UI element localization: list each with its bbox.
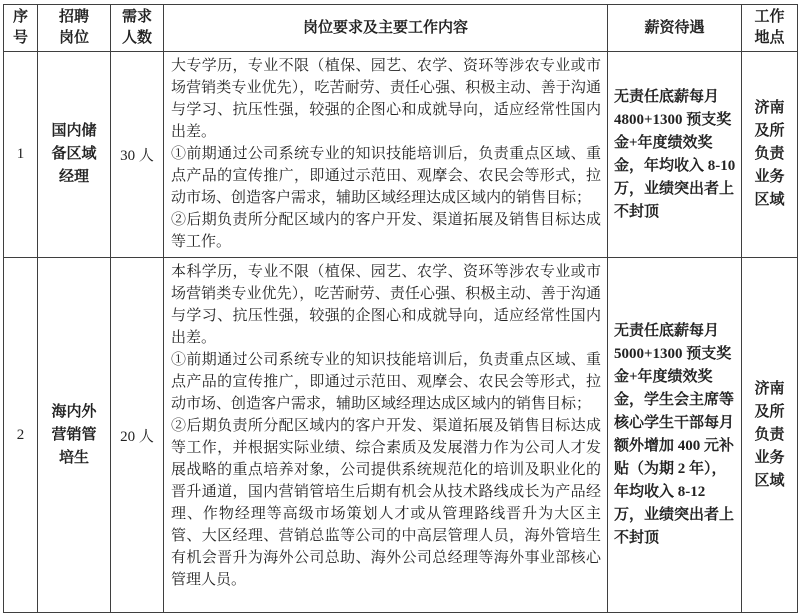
requirements-cell: 大专学历，专业不限（植保、园艺、农学、资环等涉农专业或市场营销类专业优先），吃苦… — [164, 52, 608, 258]
requirement-paragraph: ①前期通过公司系统专业的知识技能培训后，负责重点区域、重点产品的宣传推广，即通过… — [171, 349, 601, 415]
seq-cell: 1 — [4, 52, 38, 258]
requirement-paragraph: ②后期负责所分配区域内的客户开发、渠道拓展及销售目标达成等工作。 — [171, 209, 601, 253]
table-row: 1 国内储 备区域 经理 30 人 大专学历，专业不限（植保、园艺、农学、资环等… — [4, 52, 798, 258]
headcount-cell: 20 人 — [111, 258, 164, 613]
col-header-headcount: 需求 人数 — [111, 5, 164, 52]
salary-cell: 无责任底薪每月4800+1300 预支奖金+年度绩效奖金，年均收入 8-10 万… — [608, 52, 742, 258]
col-header-requirements: 岗位要求及主要工作内容 — [164, 5, 608, 52]
seq-cell: 2 — [4, 258, 38, 613]
recruitment-table: 序 号 招聘 岗位 需求 人数 岗位要求及主要工作内容 薪资待遇 工作 地点 1… — [3, 4, 798, 613]
header-row: 序 号 招聘 岗位 需求 人数 岗位要求及主要工作内容 薪资待遇 工作 地点 — [4, 5, 798, 52]
requirement-paragraph: ②后期负责所分配区域内的客户开发、渠道拓展及销售目标达成等工作，并根据实际业绩、… — [171, 415, 601, 591]
requirement-paragraph: 大专学历，专业不限（植保、园艺、农学、资环等涉农专业或市场营销类专业优先），吃苦… — [171, 55, 601, 143]
table-row: 2 海内外 营销管 培生 20 人 本科学历，专业不限（植保、园艺、农学、资环等… — [4, 258, 798, 613]
position-cell: 国内储 备区域 经理 — [38, 52, 111, 258]
position-cell: 海内外 营销管 培生 — [38, 258, 111, 613]
requirement-paragraph: ①前期通过公司系统专业的知识技能培训后，负责重点区域、重点产品的宣传推广，即通过… — [171, 143, 601, 209]
location-cell: 济南 及所 负责 业务 区域 — [742, 52, 798, 258]
col-header-location: 工作 地点 — [742, 5, 798, 52]
salary-cell: 无责任底薪每月5000+1300 预支奖金+年度绩效奖金，学生会主席等核心学生干… — [608, 258, 742, 613]
requirements-cell: 本科学历，专业不限（植保、园艺、农学、资环等涉农专业或市场营销类专业优先），吃苦… — [164, 258, 608, 613]
col-header-position: 招聘 岗位 — [38, 5, 111, 52]
recruitment-page: 序 号 招聘 岗位 需求 人数 岗位要求及主要工作内容 薪资待遇 工作 地点 1… — [0, 0, 799, 613]
col-header-salary: 薪资待遇 — [608, 5, 742, 52]
location-cell: 济南 及所 负责 业务 区域 — [742, 258, 798, 613]
col-header-seq: 序 号 — [4, 5, 38, 52]
headcount-cell: 30 人 — [111, 52, 164, 258]
requirement-paragraph: 本科学历，专业不限（植保、园艺、农学、资环等涉农专业或市场营销类专业优先），吃苦… — [171, 261, 601, 349]
